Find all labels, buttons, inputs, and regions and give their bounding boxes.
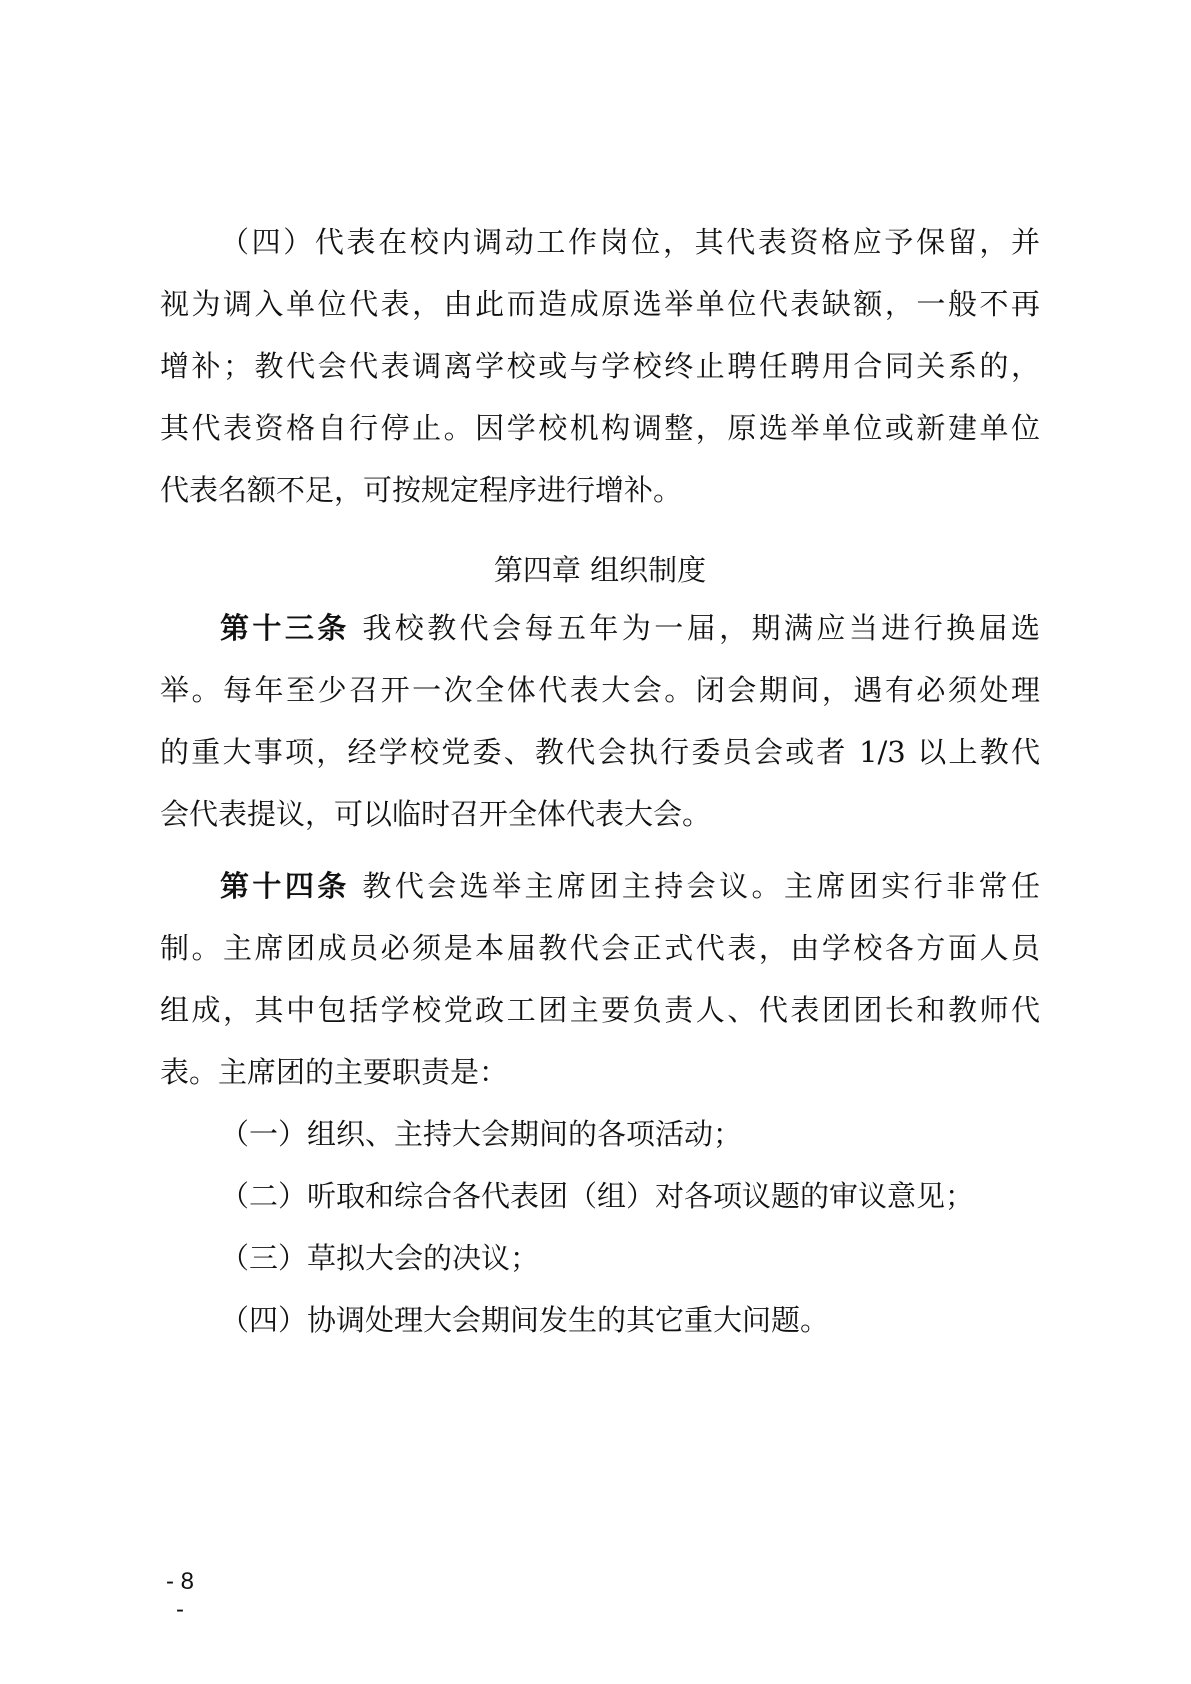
paragraph-line: （四）代表在校内调动工作岗位，其代表资格应予保留，并 <box>160 222 1040 262</box>
article-13-label: 第十三条 <box>220 611 350 645</box>
paragraph-line: 表。主席团的主要职责是： <box>160 1052 1040 1092</box>
list-item: （一）组织、主持大会期间的各项活动； <box>160 1114 1040 1154</box>
paragraph-line: 视为调入单位代表，由此而造成原选举单位代表缺额，一般不再 <box>160 284 1040 324</box>
chapter-heading: 第四章 组织制度 <box>160 550 1040 590</box>
article-14-text: 教代会选举主席团主持会议。主席团实行非常任 <box>350 869 1040 903</box>
paragraph-line: 代表名额不足，可按规定程序进行增补。 <box>160 470 1040 510</box>
article-14-first-line: 第十四条 教代会选举主席团主持会议。主席团实行非常任 <box>160 866 1040 906</box>
paragraph-line: 举。每年至少召开一次全体代表大会。闭会期间，遇有必须处理 <box>160 670 1040 710</box>
page-number: - 8 - <box>160 1568 200 1624</box>
list-item: （三）草拟大会的决议； <box>160 1238 1040 1278</box>
paragraph-line: 制。主席团成员必须是本届教代会正式代表，由学校各方面人员 <box>160 928 1040 968</box>
article-13-text: 我校教代会每五年为一届，期满应当进行换届选 <box>350 611 1040 645</box>
paragraph-line: 的重大事项，经学校党委、教代会执行委员会或者 1/3 以上教代 <box>160 732 1040 772</box>
article-13-first-line: 第十三条 我校教代会每五年为一届，期满应当进行换届选 <box>160 608 1040 648</box>
list-item: （四）协调处理大会期间发生的其它重大问题。 <box>160 1300 1040 1340</box>
article-14-label: 第十四条 <box>220 869 350 903</box>
paragraph-line: 增补；教代会代表调离学校或与学校终止聘任聘用合同关系的， <box>160 346 1040 386</box>
list-item: （二）听取和综合各代表团（组）对各项议题的审议意见； <box>160 1176 1040 1216</box>
paragraph-line: 组成，其中包括学校党政工团主要负责人、代表团团长和教师代 <box>160 990 1040 1030</box>
paragraph-line: 其代表资格自行停止。因学校机构调整，原选举单位或新建单位 <box>160 408 1040 448</box>
paragraph-line: 会代表提议，可以临时召开全体代表大会。 <box>160 794 1040 834</box>
